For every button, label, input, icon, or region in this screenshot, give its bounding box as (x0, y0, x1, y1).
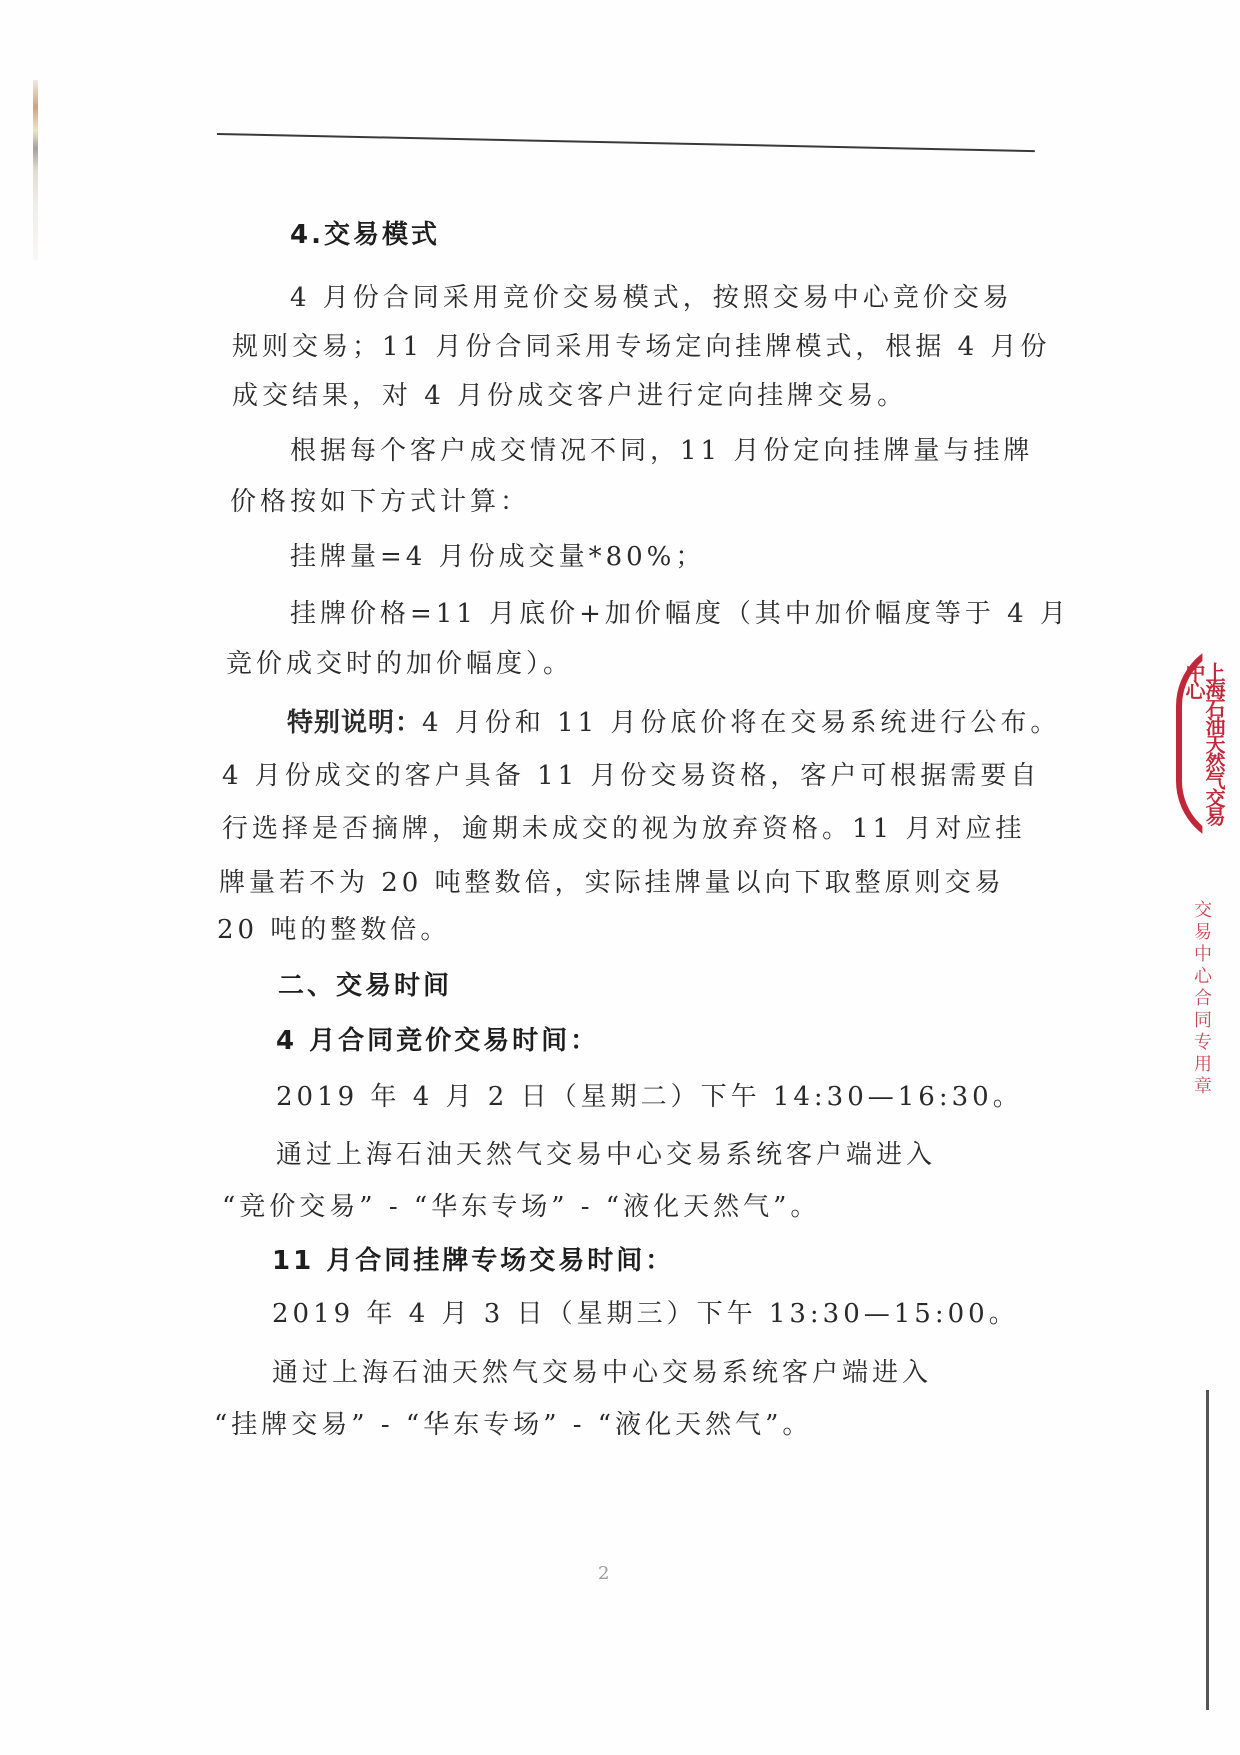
paragraph-line: 4 月份成交的客户具备 11 月份交易资格，客户可根据需要自 (222, 759, 1040, 793)
scan-edge-artifact (33, 80, 38, 260)
formula-price-line: 竞价成交时的加价幅度）。 (226, 647, 573, 681)
paragraph-line: 通过上海石油天然气交易中心交易系统客户端进入 (272, 1356, 932, 1390)
formula-price-line: 挂牌价格=11 月底价+加价幅度（其中加价幅度等于 4 月 (290, 597, 1070, 631)
november-trading-time-heading: 11 月合同挂牌专场交易时间： (272, 1244, 674, 1278)
paragraph-line: “挂牌交易” - “华东专场” - “液化天然气”。 (214, 1408, 812, 1442)
official-seal-bottom: 交易中心合同专用章 (1188, 900, 1214, 1098)
paragraph-line: 行选择是否摘牌，逾期未成交的视为放弃资格。11 月对应挂 (222, 812, 1025, 846)
paragraph-line: 成交结果，对 4 月份成交客户进行定向挂牌交易。 (232, 379, 907, 413)
november-trading-time: 2019 年 4 月 3 日（星期三）下午 13:30—15:00。 (272, 1297, 1019, 1331)
paragraph-line: “竞价交易” - “华东专场” - “液化天然气”。 (222, 1190, 820, 1224)
scan-edge-line (1206, 1390, 1209, 1710)
section-heading-trading-time: 二、交易时间 (278, 969, 452, 1003)
april-trading-time: 2019 年 4 月 2 日（星期二）下午 14:30—16:30。 (276, 1080, 1023, 1114)
special-note-text: 4 月份和 11 月份底价将在交易系统进行公布。 (422, 708, 1060, 738)
formula-quantity: 挂牌量=4 月份成交量*80%； (290, 540, 705, 574)
april-trading-time-heading: 4 月合同竞价交易时间： (276, 1024, 599, 1058)
header-rule (217, 133, 1035, 152)
paragraph-line: 规则交易；11 月份合同采用专场定向挂牌模式，根据 4 月份 (232, 330, 1032, 364)
paragraph-line: 4 月份合同采用竞价交易模式，按照交易中心竞价交易 (290, 281, 1028, 315)
paragraph-line: 价格按如下方式计算： (230, 485, 530, 519)
paragraph-line: 通过上海石油天然气交易中心交易系统客户端进入 (276, 1138, 936, 1172)
seal-text: 上海石油天然气交易中心 (1184, 662, 1224, 835)
paragraph-line: 20 吨的整数倍。 (217, 913, 450, 947)
special-note-label: 特别说明： (287, 708, 422, 738)
special-note-first-line: 特别说明：4 月份和 11 月份底价将在交易系统进行公布。 (287, 706, 1060, 740)
section-heading-trading-mode: 4.交易模式 (290, 218, 440, 252)
paragraph-line: 根据每个客户成交情况不同，11 月份定向挂牌量与挂牌 (290, 434, 1033, 468)
official-seal-top: 上海石油天然气交易中心 (1170, 640, 1214, 835)
paragraph-line: 牌量若不为 20 吨整数倍，实际挂牌量以向下取整原则交易 (219, 866, 1005, 900)
page-number: 2 (598, 1563, 609, 1584)
